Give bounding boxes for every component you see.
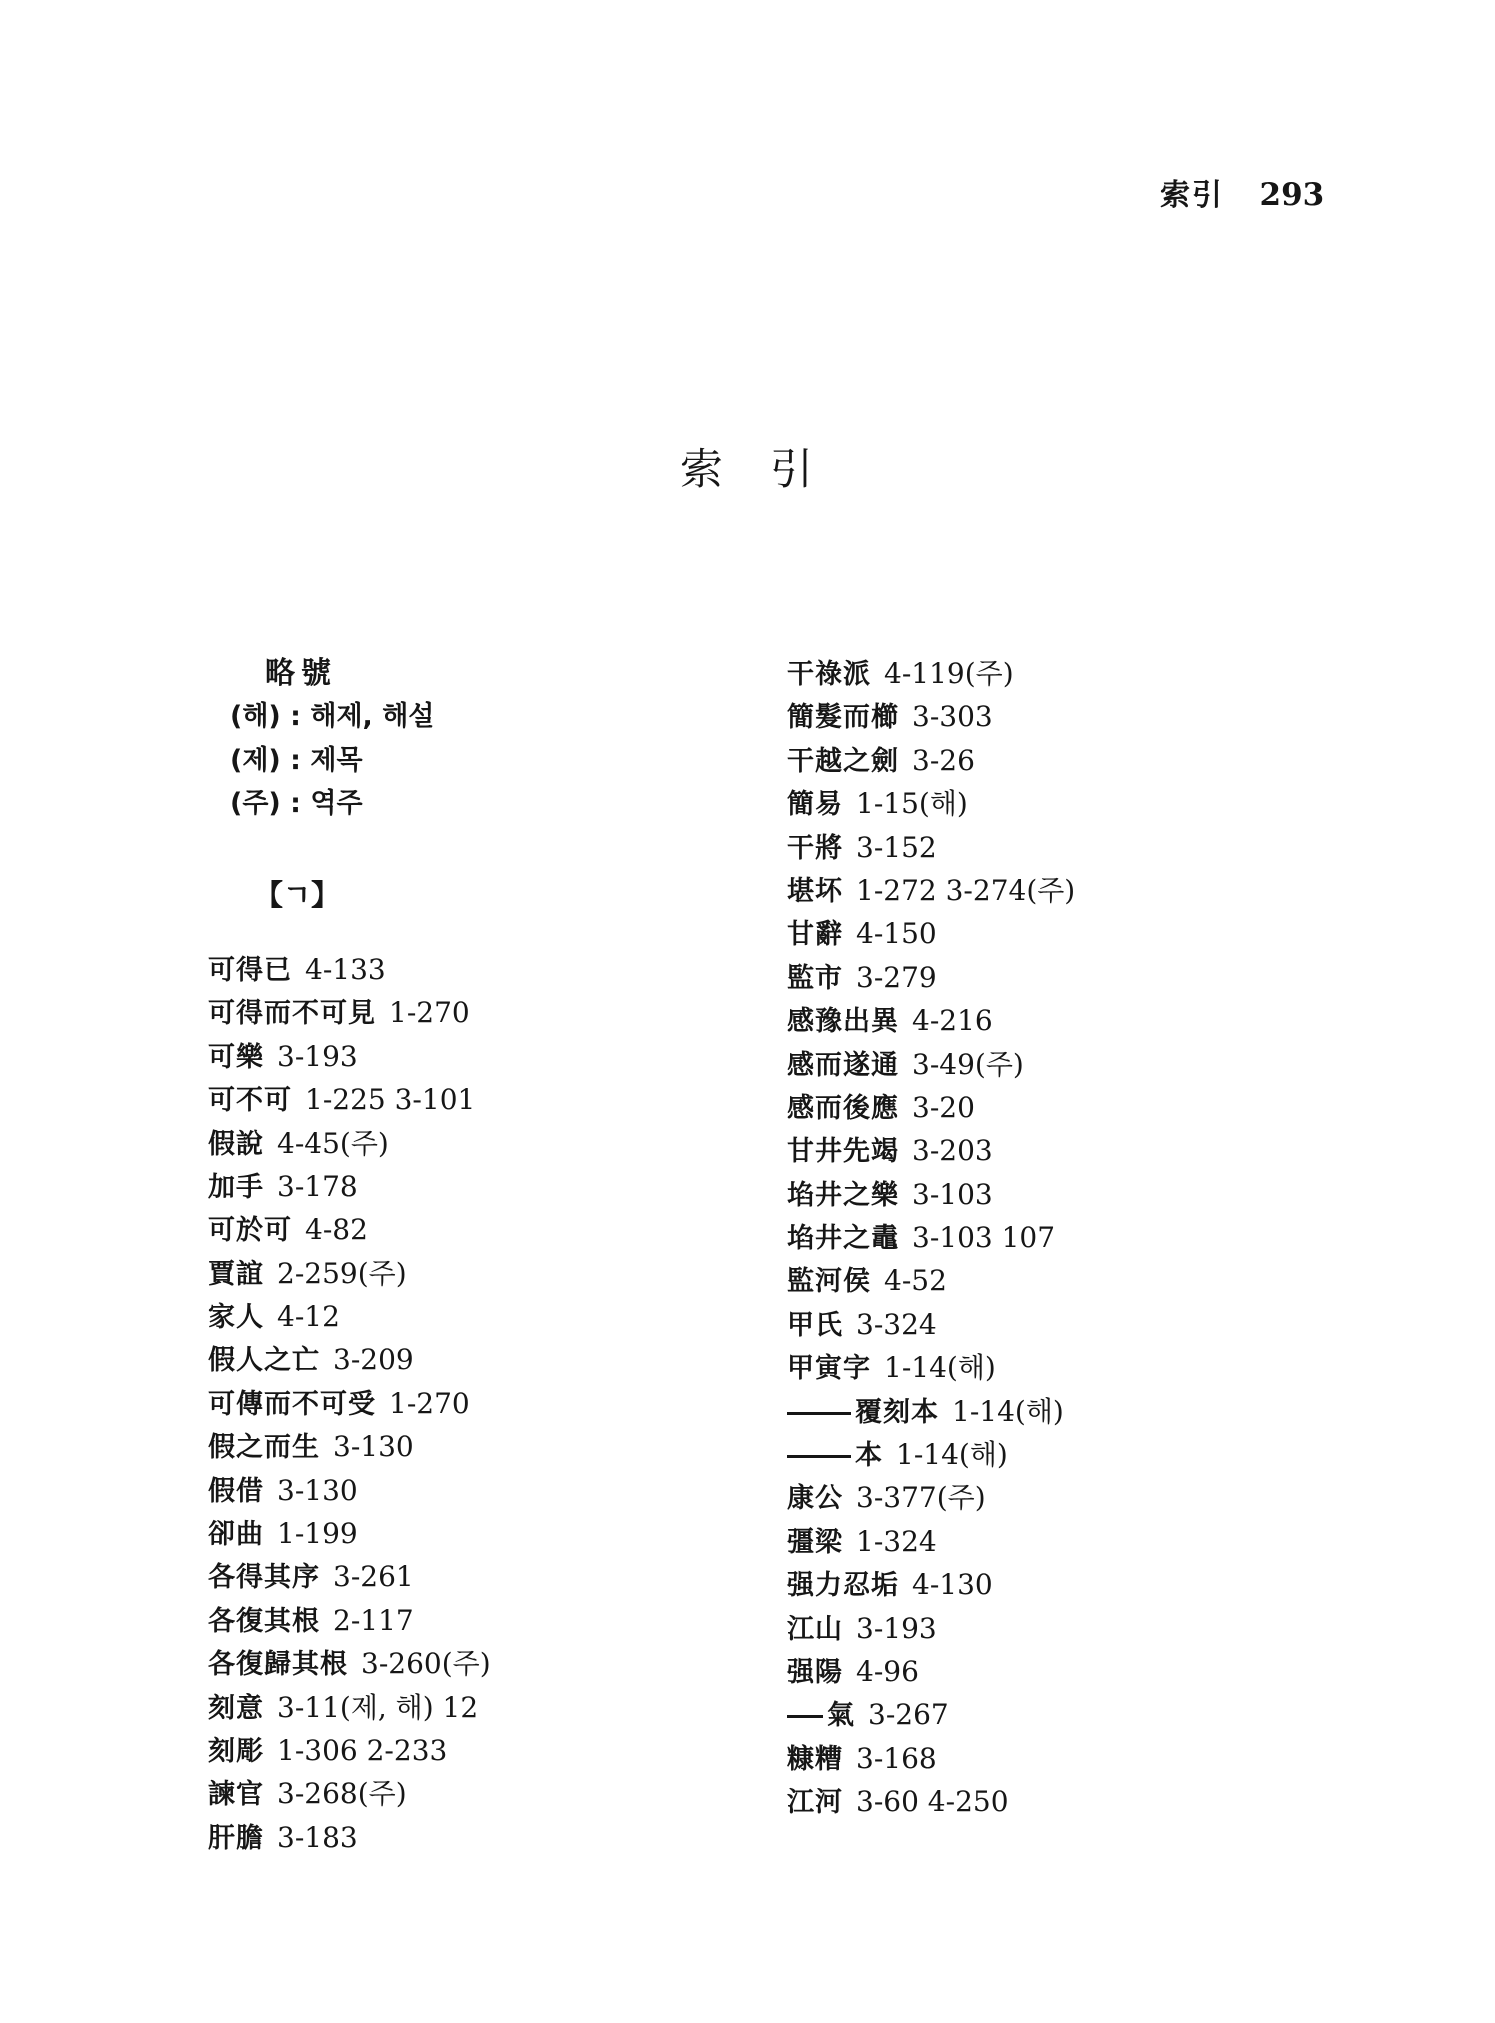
legend-separator: : — [281, 745, 311, 776]
entry-refs: 1-225 3-101 — [305, 1083, 475, 1116]
entry-term: 氣 — [827, 1700, 855, 1731]
index-entry: 堪坏1-272 3-274(주) — [787, 869, 1447, 912]
entry-refs: 4-119(주) — [884, 657, 1014, 690]
entry-refs: 4-12 — [277, 1300, 340, 1333]
entry-refs: 1-14(해) — [884, 1351, 996, 1384]
entry-term: 可不可 — [208, 1085, 292, 1116]
entry-term: 本 — [855, 1440, 883, 1471]
entry-refs: 3-203 — [912, 1134, 993, 1167]
entry-term: 江山 — [787, 1614, 843, 1645]
index-entry: 諫官3-268(주) — [208, 1772, 773, 1815]
entry-refs: 3-130 — [277, 1474, 358, 1507]
index-entry: 監河侯4-52 — [787, 1259, 1447, 1302]
index-entry: 可樂3-193 — [208, 1035, 773, 1078]
index-entry: 各復其根2-117 — [208, 1599, 773, 1642]
entry-term: 假說 — [208, 1129, 264, 1160]
entry-refs: 3-260(주) — [361, 1647, 491, 1680]
index-entry: 感豫出異4-216 — [787, 999, 1447, 1042]
entry-term: 肝膽 — [208, 1823, 264, 1854]
index-column-left: 略號 (해) : 해제, 해설(제) : 제목(주) : 역주 【ㄱ】 可得已4… — [208, 652, 773, 1859]
entry-term: 監市 — [787, 963, 843, 994]
entry-refs: 1-324 — [856, 1525, 937, 1558]
entry-term: 强陽 — [787, 1657, 843, 1688]
entry-refs: 4-52 — [884, 1264, 947, 1297]
entry-list-right: 干祿派4-119(주)簡髮而櫛3-303干越之劍3-26簡易1-15(해)干將3… — [787, 652, 1447, 1824]
index-entry: 干越之劍3-26 — [787, 739, 1447, 782]
entry-refs: 4-82 — [305, 1213, 368, 1246]
book-page: 索引 293 索 引 略號 (해) : 해제, 해설(제) : 제목(주) : … — [0, 0, 1495, 2023]
entry-refs: 2-117 — [333, 1604, 414, 1637]
legend-item: (해) : 해제, 해설 — [230, 695, 773, 738]
index-entry: 簡易1-15(해) — [787, 782, 1447, 825]
entry-term: 刻意 — [208, 1693, 264, 1724]
index-entry: 可不可1-225 3-101 — [208, 1078, 773, 1121]
entry-term: 感豫出異 — [787, 1006, 899, 1037]
index-entry: 糠糟3-168 — [787, 1737, 1447, 1780]
index-entry: 加手3-178 — [208, 1165, 773, 1208]
legend-item: (제) : 제목 — [230, 739, 773, 782]
entry-refs: 3-303 — [912, 700, 993, 733]
entry-term: 可得而不可見 — [208, 998, 376, 1029]
legend-list: (해) : 해제, 해설(제) : 제목(주) : 역주 — [208, 695, 773, 825]
repeat-dash — [787, 1455, 851, 1458]
entry-refs: 3-152 — [856, 831, 937, 864]
entry-refs: 3-178 — [277, 1170, 358, 1203]
entry-refs: 3-103 107 — [912, 1221, 1055, 1254]
index-entry: 各復歸其根3-260(주) — [208, 1642, 773, 1685]
index-entry: 江河3-60 4-250 — [787, 1780, 1447, 1823]
entry-refs: 4-133 — [305, 953, 386, 986]
index-entry: 簡髮而櫛3-303 — [787, 695, 1447, 738]
index-entry: 甲寅字1-14(해) — [787, 1346, 1447, 1389]
legend-abbr: (해) — [230, 701, 281, 732]
entry-refs: 3-377(주) — [856, 1481, 986, 1514]
entry-refs: 3-103 — [912, 1178, 993, 1211]
index-entry: 可得而不可見1-270 — [208, 991, 773, 1034]
entry-refs: 1-306 2-233 — [277, 1734, 447, 1767]
entry-term: 甘井先竭 — [787, 1136, 899, 1167]
entry-term: 假人之亡 — [208, 1345, 320, 1376]
entry-term: 賈誼 — [208, 1259, 264, 1290]
entry-term: 可樂 — [208, 1042, 264, 1073]
entry-term: 各復其根 — [208, 1606, 320, 1637]
entry-refs: 3-49(주) — [912, 1048, 1024, 1081]
legend-abbr: (제) — [230, 745, 281, 776]
entry-refs: 3-26 — [912, 744, 975, 777]
entry-refs: 3-60 4-250 — [856, 1785, 1009, 1818]
entry-refs: 1-272 3-274(주) — [856, 874, 1075, 907]
entry-term: 監河侯 — [787, 1266, 871, 1297]
entry-term: 糠糟 — [787, 1744, 843, 1775]
entry-term: 感而遂通 — [787, 1050, 899, 1081]
entry-term: 甲氏 — [787, 1310, 843, 1341]
index-entry: 賈誼2-259(주) — [208, 1252, 773, 1295]
legend-separator: : — [281, 701, 311, 732]
entry-term: 感而後應 — [787, 1093, 899, 1124]
entry-refs: 3-130 — [333, 1430, 414, 1463]
entry-term: 卻曲 — [208, 1519, 264, 1550]
entry-term: 各復歸其根 — [208, 1649, 348, 1680]
index-column-right: 干祿派4-119(주)簡髮而櫛3-303干越之劍3-26簡易1-15(해)干將3… — [787, 652, 1447, 1824]
index-entry: 刻意3-11(제, 해) 12 — [208, 1686, 773, 1729]
entry-term: 江河 — [787, 1787, 843, 1818]
entry-term: 簡易 — [787, 789, 843, 820]
entry-term: 埳井之樂 — [787, 1180, 899, 1211]
index-entry: 可傳而不可受1-270 — [208, 1382, 773, 1425]
index-entry: 强力忍垢4-130 — [787, 1563, 1447, 1606]
entry-term: 堪坏 — [787, 876, 843, 907]
entry-term: 康公 — [787, 1483, 843, 1514]
index-entry: 監市3-279 — [787, 956, 1447, 999]
entry-refs: 1-14(해) — [952, 1395, 1064, 1428]
entry-refs: 3-209 — [333, 1343, 414, 1376]
index-entry: 干祿派4-119(주) — [787, 652, 1447, 695]
index-entry: 埳井之樂3-103 — [787, 1173, 1447, 1216]
index-entry: 刻彫1-306 2-233 — [208, 1729, 773, 1772]
legend-meaning: 역주 — [310, 788, 362, 819]
index-entry: 强陽4-96 — [787, 1650, 1447, 1693]
index-entry: 各得其序3-261 — [208, 1555, 773, 1598]
entry-term: 覆刻本 — [855, 1397, 939, 1428]
section-marker-giyeok: 【ㄱ】 — [254, 874, 773, 917]
legend-abbr: (주) — [230, 788, 281, 819]
entry-refs: 3-168 — [856, 1742, 937, 1775]
entry-term: 彊梁 — [787, 1527, 843, 1558]
entry-refs: 3-193 — [856, 1612, 937, 1645]
entry-term: 諫官 — [208, 1779, 264, 1810]
entry-refs: 4-96 — [856, 1655, 919, 1688]
legend-meaning: 해제, 해설 — [310, 701, 434, 732]
entry-list-left: 可得已4-133可得而不可見1-270可樂3-193可不可1-225 3-101… — [208, 948, 773, 1859]
index-entry: 假之而生3-130 — [208, 1425, 773, 1468]
entry-term: 强力忍垢 — [787, 1570, 899, 1601]
index-entry: 家人4-12 — [208, 1295, 773, 1338]
document-title: 索 引 — [0, 436, 1495, 497]
index-entry: 康公3-377(주) — [787, 1476, 1447, 1519]
entry-term: 干越之劍 — [787, 746, 899, 777]
entry-term: 干將 — [787, 833, 843, 864]
repeat-dash — [787, 1715, 823, 1718]
entry-term: 家人 — [208, 1302, 264, 1333]
entry-term: 簡髮而櫛 — [787, 702, 899, 733]
legend-meaning: 제목 — [310, 745, 362, 776]
legend-heading: 略號 — [265, 652, 773, 695]
entry-refs: 3-11(제, 해) 12 — [277, 1691, 478, 1724]
entry-refs: 4-150 — [856, 917, 937, 950]
index-entry: 干將3-152 — [787, 826, 1447, 869]
index-entry: 假人之亡3-209 — [208, 1338, 773, 1381]
index-entry: 感而後應3-20 — [787, 1086, 1447, 1129]
entry-refs: 1-199 — [277, 1517, 358, 1550]
entry-refs: 1-14(해) — [896, 1438, 1008, 1471]
entry-term: 刻彫 — [208, 1736, 264, 1767]
entry-term: 可傳而不可受 — [208, 1389, 376, 1420]
index-entry: 江山3-193 — [787, 1607, 1447, 1650]
entry-refs: 1-270 — [389, 996, 470, 1029]
entry-refs: 4-45(주) — [277, 1127, 389, 1160]
running-header-title: 索引 — [1160, 178, 1224, 213]
running-header: 索引 293 — [1160, 170, 1324, 214]
entry-term: 假之而生 — [208, 1432, 320, 1463]
entry-term: 埳井之鼃 — [787, 1223, 899, 1254]
entry-refs: 2-259(주) — [277, 1257, 407, 1290]
index-entry: 假說4-45(주) — [208, 1122, 773, 1165]
entry-term: 加手 — [208, 1172, 264, 1203]
page-number: 293 — [1260, 177, 1325, 213]
index-entry: 可於可4-82 — [208, 1208, 773, 1251]
index-entry: 甲氏3-324 — [787, 1303, 1447, 1346]
legend-item: (주) : 역주 — [230, 782, 773, 825]
entry-term: 干祿派 — [787, 659, 871, 690]
entry-term: 假借 — [208, 1476, 264, 1507]
entry-refs: 3-20 — [912, 1091, 975, 1124]
entry-refs: 1-270 — [389, 1387, 470, 1420]
entry-term: 各得其序 — [208, 1562, 320, 1593]
legend-separator: : — [281, 788, 311, 819]
index-entry: 可得已4-133 — [208, 948, 773, 991]
entry-refs: 3-324 — [856, 1308, 937, 1341]
index-entry: 甘辭4-150 — [787, 912, 1447, 955]
index-entry: 假借3-130 — [208, 1469, 773, 1512]
entry-refs: 3-183 — [277, 1821, 358, 1854]
entry-refs: 1-15(해) — [856, 787, 968, 820]
entry-refs: 3-268(주) — [277, 1777, 407, 1810]
entry-refs: 3-261 — [333, 1560, 414, 1593]
index-entry: 本1-14(해) — [787, 1433, 1447, 1476]
entry-term: 可於可 — [208, 1215, 292, 1246]
index-entry: 氣3-267 — [787, 1693, 1447, 1736]
repeat-dash — [787, 1412, 851, 1415]
entry-refs: 4-216 — [912, 1004, 993, 1037]
entry-refs: 3-279 — [856, 961, 937, 994]
entry-refs: 4-130 — [912, 1568, 993, 1601]
index-entry: 覆刻本1-14(해) — [787, 1390, 1447, 1433]
entry-refs: 3-193 — [277, 1040, 358, 1073]
entry-term: 甲寅字 — [787, 1353, 871, 1384]
entry-refs: 3-267 — [868, 1698, 949, 1731]
index-entry: 卻曲1-199 — [208, 1512, 773, 1555]
index-entry: 彊梁1-324 — [787, 1520, 1447, 1563]
index-entry: 肝膽3-183 — [208, 1816, 773, 1859]
index-entry: 甘井先竭3-203 — [787, 1129, 1447, 1172]
entry-term: 可得已 — [208, 955, 292, 986]
index-entry: 埳井之鼃3-103 107 — [787, 1216, 1447, 1259]
entry-term: 甘辭 — [787, 919, 843, 950]
index-entry: 感而遂通3-49(주) — [787, 1043, 1447, 1086]
